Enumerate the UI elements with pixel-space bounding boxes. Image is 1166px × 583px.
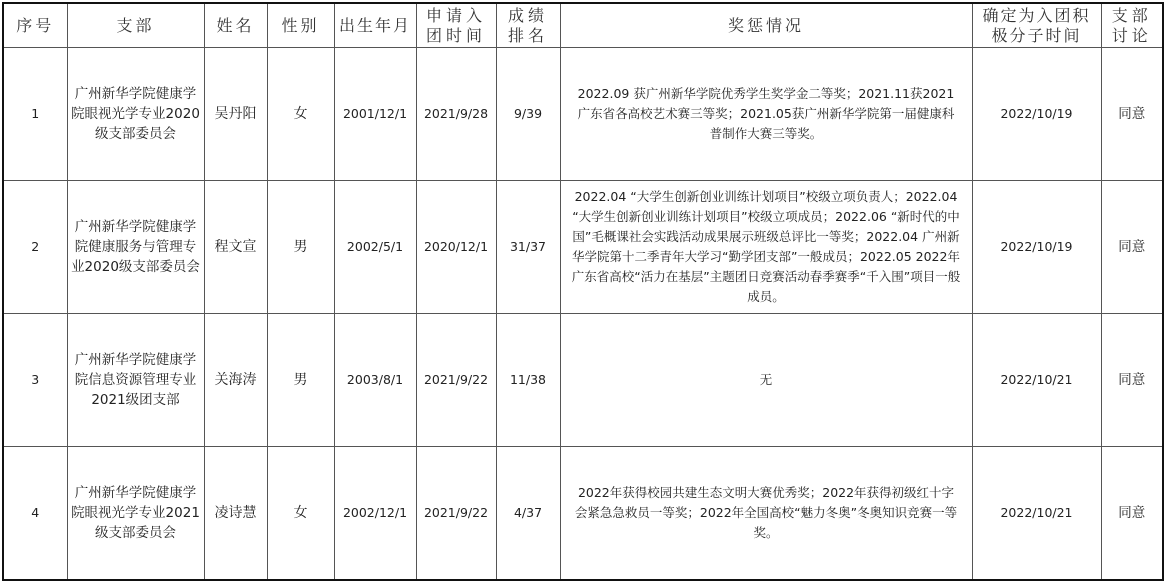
cell-rank: 31/37 [496,181,560,314]
cell-apply-time: 2021/9/22 [416,447,496,581]
document-page: 序号 支部 姓名 性别 出生年月 申请入团时间 成绩排名 奖惩情况 确定为入团积… [2,2,1164,581]
header-birth: 出生年月 [334,3,416,48]
cell-name: 程文宣 [204,181,267,314]
cell-branch: 广州新华学院健康学院眼视光学专业2020级支部委员会 [67,48,204,181]
cell-awards: 2022年获得校园共建生态文明大赛优秀奖；2022年获得初级红十字会紧急急救员一… [560,447,972,581]
cell-branch: 广州新华学院健康学院健康服务与管理专业2020级支部委员会 [67,181,204,314]
header-apply-time: 申请入团时间 [416,3,496,48]
table-row: 4 广州新华学院健康学院眼视光学专业2021级支部委员会 凌诗慧 女 2002/… [3,447,1163,581]
cell-gender: 女 [267,48,334,181]
header-seq: 序号 [3,3,67,48]
cell-gender: 女 [267,447,334,581]
cell-activist-time: 2022/10/19 [972,48,1101,181]
cell-name: 关海涛 [204,314,267,447]
header-awards: 奖惩情况 [560,3,972,48]
header-discussion: 支部讨论 [1101,3,1163,48]
header-activist-time: 确定为入团积极分子时间 [972,3,1101,48]
cell-name: 凌诗慧 [204,447,267,581]
cell-seq: 1 [3,48,67,181]
cell-apply-time: 2021/9/28 [416,48,496,181]
cell-birth: 2002/5/1 [334,181,416,314]
cell-discussion: 同意 [1101,181,1163,314]
cell-gender: 男 [267,181,334,314]
header-row: 序号 支部 姓名 性别 出生年月 申请入团时间 成绩排名 奖惩情况 确定为入团积… [3,3,1163,48]
cell-rank: 11/38 [496,314,560,447]
cell-birth: 2003/8/1 [334,314,416,447]
cell-awards: 2022.09 获广州新华学院优秀学生奖学金二等奖；2021.11获2021广东… [560,48,972,181]
cell-birth: 2001/12/1 [334,48,416,181]
header-name: 姓名 [204,3,267,48]
cell-activist-time: 2022/10/21 [972,314,1101,447]
cell-discussion: 同意 [1101,447,1163,581]
activist-table: 序号 支部 姓名 性别 出生年月 申请入团时间 成绩排名 奖惩情况 确定为入团积… [2,2,1164,581]
cell-apply-time: 2020/12/1 [416,181,496,314]
cell-seq: 2 [3,181,67,314]
cell-seq: 3 [3,314,67,447]
cell-awards: 无 [560,314,972,447]
cell-apply-time: 2021/9/22 [416,314,496,447]
cell-activist-time: 2022/10/19 [972,181,1101,314]
cell-awards: 2022.04 “大学生创新创业训练计划项目”校级立项负责人；2022.04 “… [560,181,972,314]
header-rank: 成绩排名 [496,3,560,48]
cell-discussion: 同意 [1101,314,1163,447]
header-gender: 性别 [267,3,334,48]
cell-discussion: 同意 [1101,48,1163,181]
cell-branch: 广州新华学院健康学院眼视光学专业2021级支部委员会 [67,447,204,581]
cell-gender: 男 [267,314,334,447]
header-branch: 支部 [67,3,204,48]
cell-seq: 4 [3,447,67,581]
table-row: 3 广州新华学院健康学院信息资源管理专业2021级团支部 关海涛 男 2003/… [3,314,1163,447]
cell-rank: 9/39 [496,48,560,181]
table-row: 1 广州新华学院健康学院眼视光学专业2020级支部委员会 吴丹阳 女 2001/… [3,48,1163,181]
cell-name: 吴丹阳 [204,48,267,181]
cell-branch: 广州新华学院健康学院信息资源管理专业2021级团支部 [67,314,204,447]
cell-rank: 4/37 [496,447,560,581]
cell-birth: 2002/12/1 [334,447,416,581]
cell-activist-time: 2022/10/21 [972,447,1101,581]
table-row: 2 广州新华学院健康学院健康服务与管理专业2020级支部委员会 程文宣 男 20… [3,181,1163,314]
